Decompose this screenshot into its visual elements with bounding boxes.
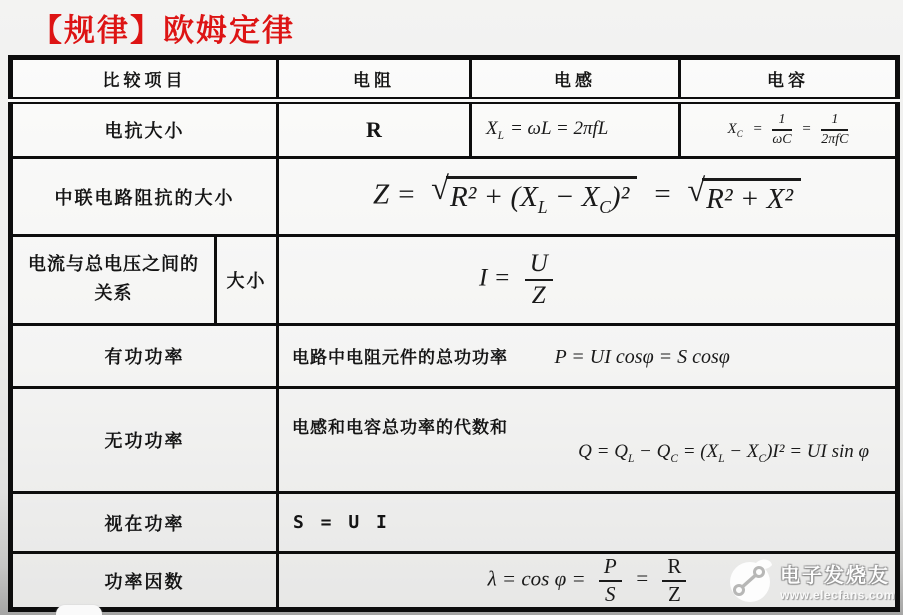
header-item: 比较项目 (11, 58, 278, 101)
xl-rest: = ωL = 2πfL (510, 118, 608, 139)
q-sub4: C (758, 453, 766, 465)
header-inductance: 电感 (471, 58, 680, 101)
xl-base: X (486, 118, 498, 139)
q-sub2: C (670, 453, 678, 465)
q-part3: = (X (678, 441, 718, 462)
apparent-power-row: 视在功率 S = U I (11, 493, 898, 553)
active-power-content: 电路中电阻元件的总功功率 P = UI cosφ = S cosφ (278, 325, 898, 388)
active-power-label: 有功功率 (11, 325, 278, 388)
reactance-label: 电抗大小 (11, 101, 278, 158)
watermark-brand: 电子发烧友 (780, 559, 890, 588)
lambda-num-p: P (599, 555, 622, 582)
lambda-num-r: R (662, 555, 686, 582)
slide-page: 【规律】欧姆定律 比较项目 电阻 电感 电容 电抗大小 R XL= ωL = 2… (0, 0, 903, 615)
z-radical-1: √R² + (XL − XC)² (431, 176, 637, 218)
impedance-formula: Z = √R² + (XL − XC)² = √R² + X² (278, 158, 898, 236)
elecfans-watermark: 电子发烧友 www.elecfans.com (725, 555, 895, 605)
comparison-table: 比较项目 电阻 电感 电容 电抗大小 R XL= ωL = 2πfL XC = … (8, 55, 900, 612)
xc-equals-2: = (801, 121, 811, 137)
z-rad2-part1: R² + X² (706, 183, 793, 215)
reactive-power-row: 无功功率 电感和电容总功率的代数和 Q = QL − QC = (XL − XC… (11, 388, 898, 493)
q-part5: )I² = UI sin φ (766, 441, 869, 462)
lambda-fraction-rz: RZ (662, 555, 686, 606)
xc-num-2: 1 (821, 112, 848, 131)
xc-fraction-2: 12πfC (821, 112, 848, 147)
z-rad1-part1: R² + (X (450, 181, 538, 213)
header-capacitance: 电容 (680, 58, 898, 101)
reactive-power-content: 电感和电容总功率的代数和 Q = QL − QC = (XL − XC)I² =… (278, 388, 898, 493)
capacitive-reactance-formula: XC = 1ωC = 12πfC (680, 101, 898, 158)
lambda-lhs: λ = cos φ = (488, 566, 586, 590)
i-lhs: I = (479, 265, 510, 292)
current-sublabel: 大小 (216, 236, 278, 325)
current-row: 电流与总电压之间的关系 大小 I = UZ (11, 236, 898, 325)
xc-base: X (728, 121, 737, 137)
z-rad1-sub2: C (599, 196, 611, 216)
header-row: 比较项目 电阻 电感 电容 (11, 58, 898, 101)
xc-subscript: C (737, 129, 743, 139)
radical-icon: √ (687, 175, 705, 207)
reactive-power-label: 无功功率 (11, 388, 278, 493)
watermark-text: 电子发烧友 www.elecfans.com (780, 559, 895, 602)
reactive-power-desc: 电感和电容总功率的代数和 (292, 413, 869, 438)
xc-den-1: ωC (772, 131, 791, 148)
active-power-row: 有功功率 电路中电阻元件的总功功率 P = UI cosφ = S cosφ (11, 325, 898, 388)
impedance-label: 中联电路阻抗的大小 (11, 158, 278, 236)
bottom-left-partial-chip (56, 605, 102, 615)
xc-equals-1: = (752, 121, 762, 137)
watermark-url: www.elecfans.com (780, 588, 895, 602)
page-title: 【规律】欧姆定律 (31, 5, 295, 50)
lambda-fraction-ps: PS (599, 555, 622, 606)
lambda-den-s: S (599, 582, 622, 607)
header-resistance: 电阻 (278, 58, 471, 101)
lambda-equals: = (635, 566, 649, 590)
q-part2: − Q (634, 441, 670, 462)
reactance-row: 电抗大小 R XL= ωL = 2πfL XC = 1ωC = 12πfC (11, 101, 898, 158)
z-rad1-part3: )² (611, 181, 629, 213)
inductive-reactance-formula: XL= ωL = 2πfL (471, 101, 680, 158)
apparent-power-formula: S = U I (278, 493, 898, 553)
resistance-value: R (278, 101, 471, 158)
q-part1: Q = Q (578, 441, 628, 462)
active-power-formula: P = UI cosφ = S cosφ (554, 346, 729, 368)
z-equals-2: = (653, 178, 673, 210)
current-label: 电流与总电压之间的关系 (11, 236, 216, 325)
i-den: Z (525, 281, 553, 310)
elecfans-logo-icon (725, 555, 775, 605)
apparent-power-label: 视在功率 (11, 493, 278, 553)
power-factor-label: 功率因数 (11, 553, 278, 610)
i-fraction: UZ (525, 250, 553, 310)
reactive-power-formula: Q = QL − QC = (XL − XC)I² = UI sin φ (292, 441, 869, 465)
q-part4: − X (725, 441, 759, 462)
lambda-den-z: Z (662, 582, 686, 607)
z-rad1-part2: − X (548, 181, 600, 213)
xc-num-1: 1 (772, 112, 791, 131)
z-lhs: Z = (373, 178, 416, 210)
i-num: U (525, 250, 553, 281)
xc-fraction-1: 1ωC (772, 112, 791, 147)
xc-den-2: 2πfC (821, 131, 848, 148)
active-power-desc: 电路中电阻元件的总功功率 (292, 348, 508, 368)
radical-icon: √ (431, 173, 449, 205)
current-formula: I = UZ (278, 236, 898, 325)
z-rad1-sub1: L (538, 196, 548, 216)
z-radical-2: √R² + X² (687, 178, 801, 216)
impedance-row: 中联电路阻抗的大小 Z = √R² + (XL − XC)² = √R² + X… (11, 158, 898, 236)
xl-subscript: L (498, 130, 504, 142)
